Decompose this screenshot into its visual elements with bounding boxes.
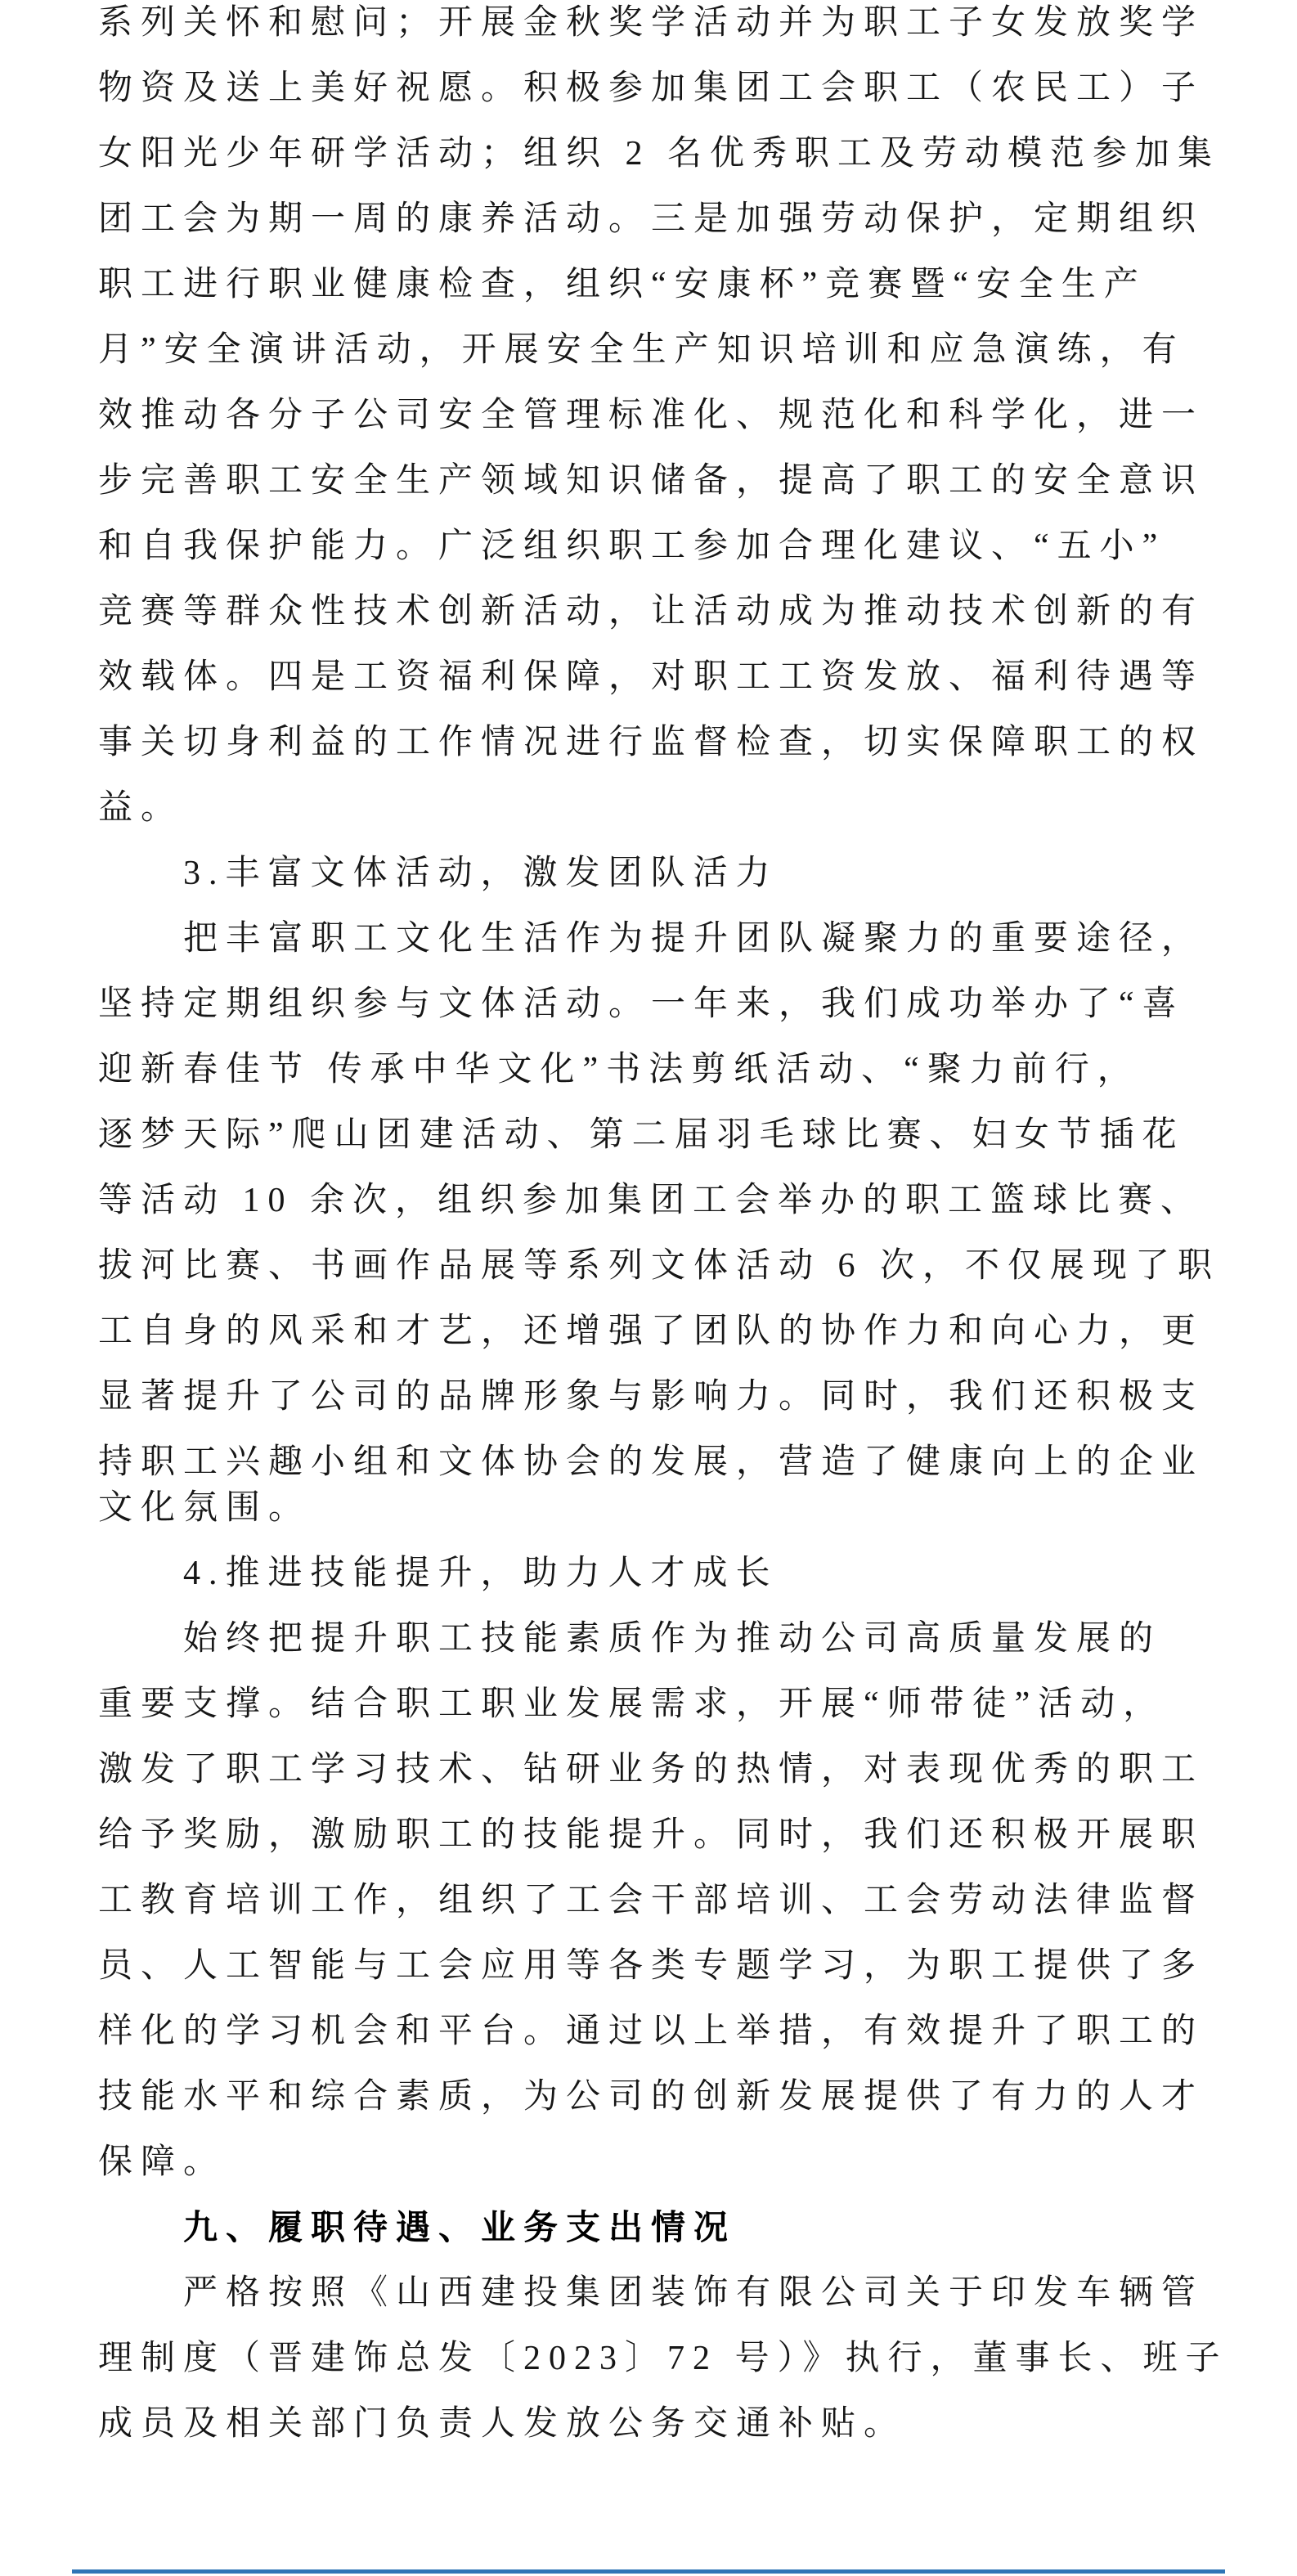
text-line: 月”安全演讲活动，开展安全生产知识培训和应急演练，有 xyxy=(98,317,1207,383)
text-line: 4.推进技能提升，助力人才成长 xyxy=(98,1541,1207,1606)
text-line: 步完善职工安全生产领域知识储备，提高了职工的安全意识 xyxy=(98,448,1207,514)
text-line: 迎新春佳节 传承中华文化”书法剪纸活动、“聚力前行， xyxy=(98,1037,1207,1102)
text-line: 成员及相关部门负责人发放公务交通补贴。 xyxy=(98,2391,1207,2457)
text-line: 益。 xyxy=(98,775,1207,841)
text-line: 3.丰富文体活动，激发团队活力 xyxy=(98,841,1207,906)
text-line: 竞赛等群众性技术创新活动，让活动成为推动技术创新的有 xyxy=(98,579,1207,644)
text-line: 效推动各分子公司安全管理标准化、规范化和科学化，进一 xyxy=(98,383,1207,448)
page-text: 系列关怀和慰问；开展金秋奖学活动并为职工子女发放奖学物资及送上美好祝愿。积极参加… xyxy=(98,0,1207,2457)
text-line: 显著提升了公司的品牌形象与影响力。同时，我们还积极支 xyxy=(98,1364,1207,1429)
text-line: 和自我保护能力。广泛组织职工参加合理化建议、“五小” xyxy=(98,514,1207,579)
text-line: 逐梦天际”爬山团建活动、第二届羽毛球比赛、妇女节插花 xyxy=(98,1102,1207,1168)
text-line: 坚持定期组织参与文体活动。一年来，我们成功举办了“喜 xyxy=(98,972,1207,1037)
text-line: 员、人工智能与工会应用等各类专题学习，为职工提供了多 xyxy=(98,1933,1207,1999)
text-line: 严格按照《山西建投集团装饰有限公司关于印发车辆管 xyxy=(98,2260,1207,2326)
text-line: 样化的学习机会和平台。通过以上举措，有效提升了职工的 xyxy=(98,1999,1207,2064)
text-line: 给予奖励，激励职工的技能提升。同时，我们还积极开展职 xyxy=(98,1802,1207,1868)
text-line: 物资及送上美好祝愿。积极参加集团工会职工（农民工）子 xyxy=(98,56,1207,121)
text-line: 技能水平和综合素质，为公司的创新发展提供了有力的人才 xyxy=(98,2064,1207,2129)
text-line: 职工进行职业健康检查，组织“安康杯”竞赛暨“安全生产 xyxy=(98,252,1207,317)
text-line: 工自身的风采和才艺，还增强了团队的协作力和向心力，更 xyxy=(98,1299,1207,1364)
text-line: 效载体。四是工资福利保障，对职工工资发放、福利待遇等 xyxy=(98,644,1207,710)
text-line: 等活动 10 余次，组织参加集团工会举办的职工篮球比赛、 xyxy=(98,1168,1207,1233)
text-line: 保障。 xyxy=(98,2129,1207,2195)
text-line: 理制度（晋建饰总发〔2023〕72 号）》执行，董事长、班子 xyxy=(98,2326,1207,2391)
text-line: 工教育培训工作，组织了工会干部培训、工会劳动法律监督 xyxy=(98,1868,1207,1933)
text-line: 事关切身利益的工作情况进行监督检查，切实保障职工的权 xyxy=(98,710,1207,775)
section-heading-line: 九、履职待遇、业务支出情况 xyxy=(98,2195,1207,2260)
text-line: 女阳光少年研学活动；组织 2 名优秀职工及劳动模范参加集 xyxy=(98,121,1207,186)
text-line: 拔河比赛、书画作品展等系列文体活动 6 次，不仅展现了职 xyxy=(98,1233,1207,1299)
text-line: 把丰富职工文化生活作为提升团队凝聚力的重要途径， xyxy=(98,906,1207,972)
text-line: 团工会为期一周的康养活动。三是加强劳动保护，定期组织 xyxy=(98,186,1207,252)
text-line: 激发了职工学习技术、钻研业务的热情，对表现优秀的职工 xyxy=(98,1737,1207,1802)
footer-rule xyxy=(72,2569,1225,2574)
text-line: 始终把提升职工技能素质作为推动公司高质量发展的 xyxy=(98,1606,1207,1672)
document-page: 系列关怀和慰问；开展金秋奖学活动并为职工子女发放奖学物资及送上美好祝愿。积极参加… xyxy=(0,0,1297,2576)
text-line: 系列关怀和慰问；开展金秋奖学活动并为职工子女发放奖学 xyxy=(98,0,1207,56)
text-line: 重要支撑。结合职工职业发展需求，开展“师带徒”活动， xyxy=(98,1672,1207,1737)
